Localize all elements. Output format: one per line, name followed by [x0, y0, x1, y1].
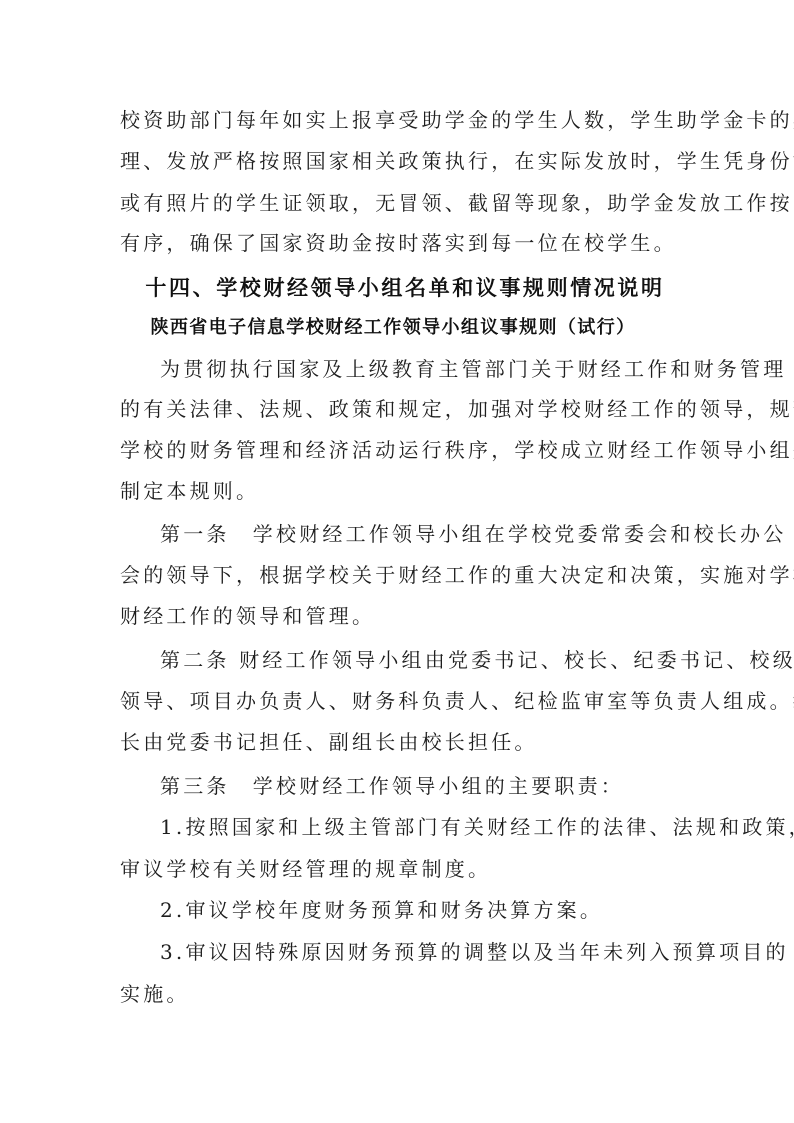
document-subtitle: 陕西省电子信息学校财经工作领导小组议事规则（试行） — [0, 313, 790, 339]
section-heading: 十四、学校财经领导小组名单和议事规则情况说明 — [8, 272, 794, 302]
text-line: 第一条 学校财经工作领导小组在学校党委常委会和校长办公 — [160, 522, 720, 546]
text-line: 2.审议学校年度财务预算和财务决算方案。 — [160, 898, 720, 922]
text-line: 审议学校有关财经管理的规章制度。 — [120, 857, 680, 881]
text-line: 学校的财务管理和经济活动运行秩序，学校成立财经工作领导小组并 — [120, 438, 680, 462]
text-line: 长由党委书记担任、副组长由校长担任。 — [120, 730, 680, 754]
text-line: 3.审议因特殊原因财务预算的调整以及当年未列入预算项目的 — [160, 940, 720, 964]
text-line: 实施。 — [120, 982, 680, 1006]
text-line: 有序，确保了国家资助金按时落实到每一位在校学生。 — [120, 231, 680, 255]
text-line: 领导、项目办负责人、财务科负责人、纪检监审室等负责人组成。组 — [120, 689, 680, 713]
text-line: 第二条 财经工作领导小组由党委书记、校长、纪委书记、校级 — [160, 648, 720, 672]
text-line: 或有照片的学生证领取，无冒领、截留等现象，助学金发放工作按时 — [120, 191, 680, 215]
text-line: 财经工作的领导和管理。 — [120, 604, 680, 628]
document-page: 校资助部门每年如实上报享受助学金的学生人数，学生助学金卡的办 理、发放严格按照国… — [0, 0, 794, 1123]
text-line: 的有关法律、法规、政策和规定，加强对学校财经工作的领导，规范 — [120, 397, 680, 421]
text-line: 校资助部门每年如实上报享受助学金的学生人数，学生助学金卡的办 — [120, 108, 680, 132]
text-line: 第三条 学校财经工作领导小组的主要职责： — [160, 774, 720, 798]
text-line: 会的领导下，根据学校关于财经工作的重大决定和决策，实施对学校 — [120, 563, 680, 587]
text-line: 制定本规则。 — [120, 479, 680, 503]
text-line: 1.按照国家和上级主管部门有关财经工作的法律、法规和政策， — [160, 815, 720, 839]
text-line: 理、发放严格按照国家相关政策执行，在实际发放时，学生凭身份证 — [120, 149, 680, 173]
text-line: 为贯彻执行国家及上级教育主管部门关于财经工作和财务管理 — [160, 357, 720, 381]
